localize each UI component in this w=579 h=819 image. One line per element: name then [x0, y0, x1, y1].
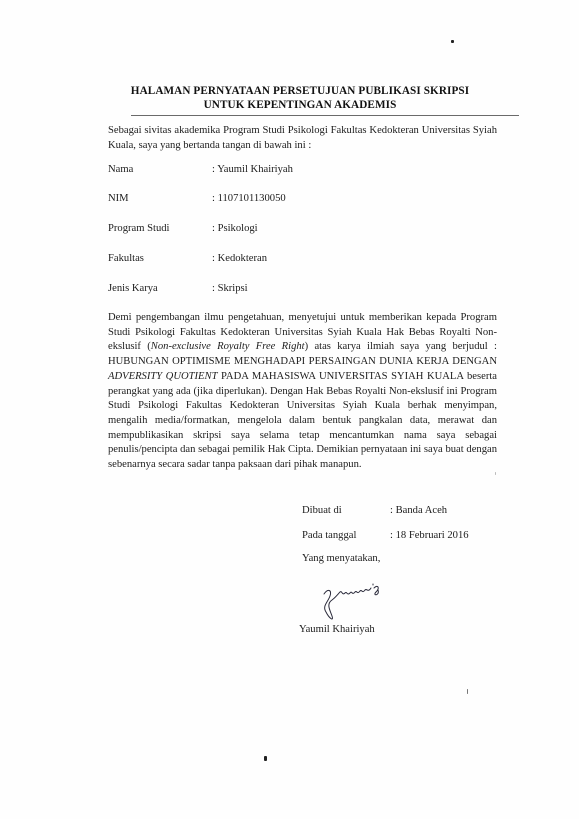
field-value: : Skripsi: [212, 283, 248, 294]
field-nama: Nama: Yaumil Khairiyah: [108, 163, 293, 177]
field-nim: NIM: 1107101130050: [108, 192, 286, 206]
intro-paragraph: Sebagai sivitas akademika Program Studi …: [108, 124, 497, 153]
title-underline-divider: [131, 115, 519, 116]
field-jenis-karya: Jenis Karya: Skripsi: [108, 282, 248, 296]
field-label: Nama: [108, 163, 212, 177]
field-value: : Yaumil Khairiyah: [212, 164, 293, 175]
date-label: Pada tanggal: [302, 530, 390, 541]
consent-text-part-3: PADA MAHASISWA UNIVERSITAS SYIAH KUALA b…: [108, 371, 497, 470]
scan-speck: [495, 472, 496, 475]
field-label: Program Studi: [108, 222, 212, 236]
document-title-line-1: HALAMAN PERNYATAAN PERSETUJUAN PUBLIKASI…: [100, 84, 500, 99]
field-fakultas: Fakultas: Kedokteran: [108, 252, 267, 266]
place-label: Dibuat di: [302, 505, 390, 516]
field-label: Jenis Karya: [108, 282, 212, 296]
consent-italic-right-term: Non-exclusive Royalty Free Right: [151, 341, 305, 352]
scan-speck: [467, 689, 468, 694]
date-row: Pada tanggal: 18 Februari 2016: [302, 530, 469, 541]
document-title-line-2: UNTUK KEPENTINGAN AKADEMIS: [100, 98, 500, 113]
field-label: Fakultas: [108, 252, 212, 266]
handwritten-signature: [318, 578, 398, 624]
field-value: : 1107101130050: [212, 193, 286, 204]
place-value: : Banda Aceh: [390, 505, 447, 516]
declarant-label: Yang menyatakan,: [302, 553, 380, 564]
consent-paragraph: Demi pengembangan ilmu pengetahuan, meny…: [108, 311, 497, 473]
scan-speck: [451, 40, 454, 43]
signatory-name: Yaumil Khairiyah: [299, 624, 375, 635]
field-value: : Kedokteran: [212, 253, 267, 264]
field-value: : Psikologi: [212, 223, 258, 234]
scan-speck: [264, 756, 267, 761]
document-page: HALAMAN PERNYATAAN PERSETUJUAN PUBLIKASI…: [0, 0, 579, 819]
date-value: : 18 Februari 2016: [390, 530, 469, 541]
consent-italic-adversity-quotient: ADVERSITY QUOTIENT: [108, 371, 217, 382]
field-program-studi: Program Studi: Psikologi: [108, 222, 258, 236]
place-row: Dibuat di: Banda Aceh: [302, 505, 447, 516]
field-label: NIM: [108, 192, 212, 206]
